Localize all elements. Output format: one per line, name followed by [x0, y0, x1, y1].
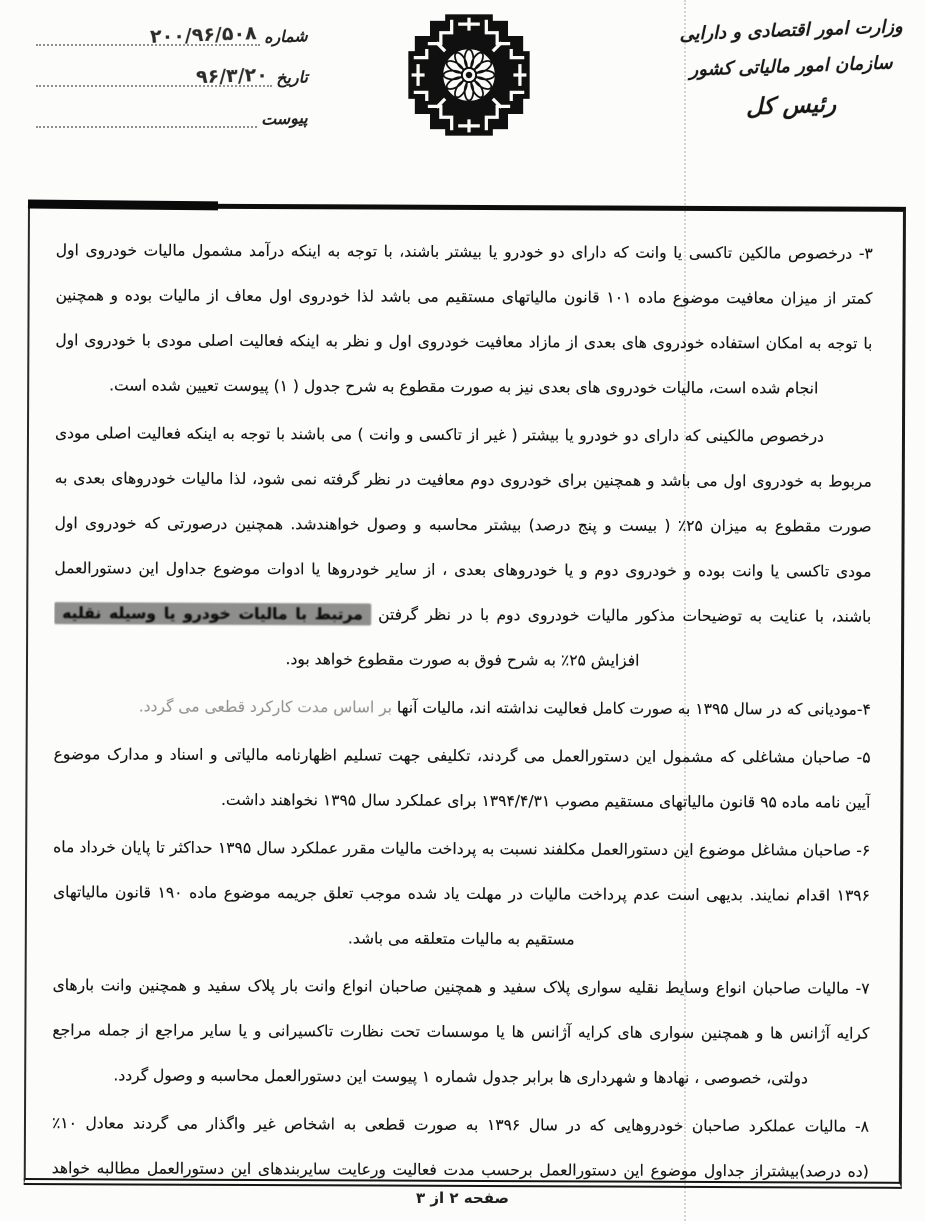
scan-border-smudge	[28, 200, 218, 211]
paragraph-3: ۳- درخصوص مالکین تاکسی یا وانت که دارای …	[55, 228, 873, 412]
text-line: درخصوص مالکینی که دارای دو خودرو یا بیشت…	[55, 411, 872, 460]
paragraph-3-continued: درخصوص مالکینی که دارای دو خودرو یا بیشت…	[54, 411, 872, 685]
ref-attachment-row: پیوست	[36, 104, 308, 128]
ministry-title: وزارت امور اقتصادی و دارایی	[671, 16, 912, 45]
text-line: ۳- درخصوص مالکین تاکسی یا وانت که دارای …	[56, 228, 873, 277]
text-line: آیین نامه ماده ۹۵ قانون مالیاتهای مستقیم…	[53, 777, 870, 826]
paragraph-5: ۵- صاحبان مشاغلی که مشمول این دستورالعمل…	[53, 732, 870, 826]
text-line: ۸- مالیات عملکرد صاحبان خودروهایی که در …	[52, 1101, 869, 1150]
page-number: صفحه ۲ از ۳	[416, 1189, 509, 1207]
paragraph-8: ۸- مالیات عملکرد صاحبان خودروهایی که در …	[52, 1101, 869, 1195]
text-line: دولتی، خصوصی ، نهادها و شهرداری ها برابر…	[52, 1053, 869, 1102]
scanned-document-page: شماره ۲۰۰/۹۶/۵۰۸ تاریخ ۹۶/۳/۲۰ پیوست	[0, 0, 925, 1221]
paragraph-6: ۶- صاحبان مشاغل موضوع این دستورالعمل مکل…	[53, 825, 871, 964]
number-value-handwritten: ۲۰۰/۹۶/۵۰۸	[149, 22, 256, 48]
ref-number-row: شماره ۲۰۰/۹۶/۵۰۸	[36, 22, 308, 46]
dotted-leader	[36, 104, 257, 128]
text-line: صورت مقطوع به میزان ۲۵٪ ( بیست و پنج درص…	[55, 501, 872, 550]
paragraph-4: ۴-مودیانی که در سال ۱۳۹۵ به صورت کامل فع…	[54, 684, 871, 733]
role-title: رئیس کل	[671, 89, 912, 123]
tax-organization-emblem-icon	[402, 10, 536, 140]
document-body-box: ۳- درخصوص مالکین تاکسی یا وانت که دارای …	[24, 203, 906, 1189]
letterhead: وزارت امور اقتصادی و دارایی سازمان امور …	[671, 20, 911, 119]
text-line: ۱۳۹۶ اقدام نمایند. بدیهی است عدم پرداخت …	[53, 870, 870, 919]
text-line: ۶- صاحبان مشاغل موضوع این دستورالعمل مکل…	[53, 825, 870, 874]
text-line: با توجه به امکان استفاده خودروی های بعدی…	[55, 318, 872, 367]
paragraph-7: ۷- مالیات صاحبان انواع وسایط نقلیه سواری…	[52, 963, 870, 1102]
attachment-label: پیوست	[257, 108, 308, 129]
text-line-with-faded-end: ۴-مودیانی که در سال ۱۳۹۵ به صورت کامل فع…	[54, 684, 871, 733]
text-line: افزایش ۲۵٪ به شرح فوق به صورت مقطوع خواه…	[54, 636, 871, 685]
date-label: تاریخ	[272, 67, 308, 87]
faded-text-segment: بر اساس مدت کارکرد قطعی می گردد.	[139, 697, 392, 716]
ref-date-row: تاریخ ۹۶/۳/۲۰	[36, 63, 308, 87]
text-line: کرایه آژانس ها و همچنین سواری های کرایه …	[52, 1008, 869, 1057]
text-line: مربوط به خودروی اول می باشد و همچنین برا…	[55, 456, 872, 505]
text-line-with-smudge: باشند، با عنایت به توضیحات مذکور مالیات …	[54, 591, 871, 640]
page-footer: صفحه ۲ از ۳	[0, 1188, 925, 1207]
text-line: انجام شده است، مالیات خودروی های بعدی نی…	[55, 363, 872, 412]
number-label: شماره	[260, 26, 308, 47]
smudged-redacted-text: مرتبط با مالیات خودرو یا وسیله نقلیه	[54, 602, 371, 625]
text-line: مستقیم به مالیات متعلقه می باشد.	[53, 915, 870, 964]
reference-block: شماره ۲۰۰/۹۶/۵۰۸ تاریخ ۹۶/۳/۲۰ پیوست	[36, 22, 308, 145]
dotted-leader: ۲۰۰/۹۶/۵۰۸	[36, 22, 260, 46]
text-segment: ۴-مودیانی که در سال ۱۳۹۵ به صورت کامل فع…	[392, 699, 871, 719]
emblem-svg	[402, 10, 536, 140]
text-line: ۷- مالیات صاحبان انواع وسایط نقلیه سواری…	[52, 963, 869, 1012]
text-line: مودی تاکسی یا وانت بوده و خودروی دوم و ی…	[54, 546, 871, 595]
text-line: کمتر از میزان معافیت موضوع ماده ۱۰۱ قانو…	[55, 273, 872, 322]
text-segment: باشند، با عنایت به توضیحات مذکور مالیات …	[378, 606, 871, 626]
dotted-leader: ۹۶/۳/۲۰	[36, 63, 272, 87]
date-value-handwritten: ۹۶/۳/۲۰	[196, 64, 269, 88]
text-line: ۵- صاحبان مشاغلی که مشمول این دستورالعمل…	[53, 732, 870, 781]
organization-title: سازمان امور مالیاتی کشور	[671, 52, 912, 81]
